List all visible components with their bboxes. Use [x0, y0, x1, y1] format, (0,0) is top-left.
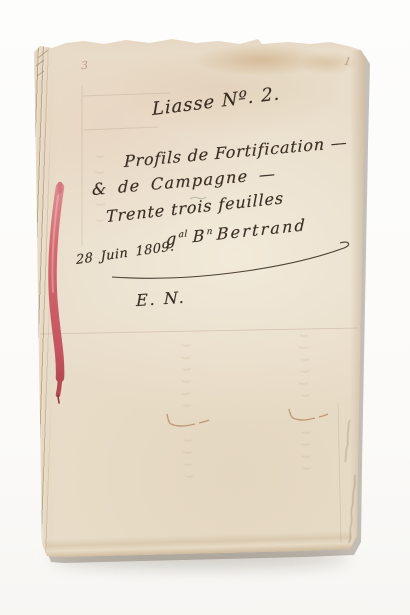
paper-creases [40, 328, 358, 543]
signature-title: B [192, 226, 207, 247]
vertical-pencil-note [345, 420, 355, 543]
initials-line: E. N. [136, 287, 186, 310]
red-ribbon [52, 184, 60, 403]
signature-rank-superscript: al [178, 229, 188, 240]
corner-fold-lines [36, 50, 48, 76]
corner-mark-left: 3 [80, 59, 88, 73]
bleedthrough-hook-marks [167, 409, 328, 426]
manuscript-photo: Liasse Nº. 2. Profils de Fortification —… [0, 0, 410, 615]
signature-title-superscript: n [206, 227, 213, 238]
